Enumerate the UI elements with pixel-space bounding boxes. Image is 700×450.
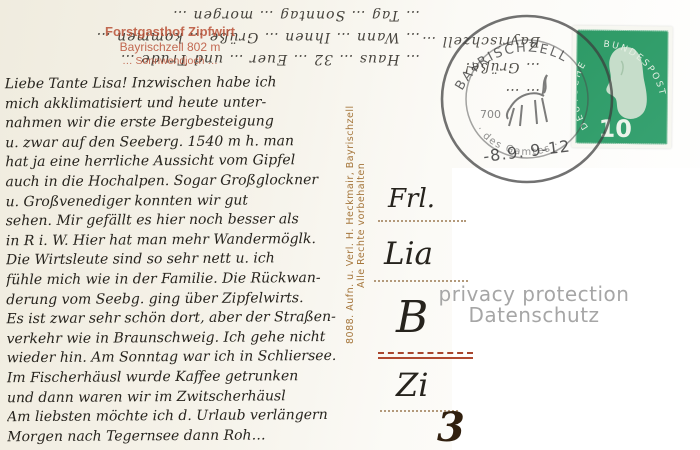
handwritten-message: Liebe Tante Lisa! Inzwischen habe ich mi… <box>5 73 360 448</box>
privacy-watermark-line1: privacy protection <box>418 284 650 305</box>
address-street-partial: Zi <box>396 366 428 404</box>
message-line: fühle mich wie in der Familie. Die Rückw… <box>6 269 358 291</box>
privacy-watermark-line2: Datenschutz <box>418 305 650 326</box>
address-salutation: Frl. <box>388 184 435 214</box>
rights-reserved-text: Alle Rechte vorbehalten <box>356 162 367 287</box>
message-line: und dann waren wir im Zwitscherhäusl <box>7 386 359 408</box>
caption-place: Bayrischzell 802 m <box>70 40 270 55</box>
chamois-icon <box>507 75 547 126</box>
address-line-rule-3-dashed <box>378 352 473 354</box>
caption-title: Forstgasthof Zipfwirt <box>70 24 270 40</box>
message-line: Am liebsten möchte ich d. Urlaub verläng… <box>7 406 359 428</box>
caption-subline: … Sonnwendjoch … <box>70 55 270 68</box>
message-line: Es ist zwar sehr schön dort, aber der St… <box>6 308 358 330</box>
publisher-imprint-text: 8088. Aufn. u. Verl. H. Heckmair, Bayris… <box>345 106 356 345</box>
message-line: verkehr wie in Braunschweig. Ich gehe ni… <box>6 327 358 349</box>
postcard-scan: … Haus … 32 … Euer … und Trude … … Wann … <box>0 0 700 450</box>
message-line: wieder hin. Am Sonntag war ich in Schlie… <box>7 347 359 369</box>
address-line-rule-1 <box>378 220 466 222</box>
message-line: Die Wirtsleute sind so sehr nett u. ich <box>6 249 358 271</box>
message-line: Liebe Tante Lisa! Inzwischen habe ich <box>5 73 357 95</box>
message-line: derung vom Seebg. ging über Zipfelwirts. <box>6 288 358 310</box>
postmark: BAYRISCHZELL · des Gamtes · 700 -8.9. 9-… <box>438 12 622 188</box>
message-line: mich akklimatisiert und heute unter- <box>5 92 357 114</box>
message-line: u. Großvenediger konnten wir gut <box>6 190 358 212</box>
message-line: sehen. Mir gefällt es hier noch besser a… <box>6 210 358 232</box>
printed-caption: Forstgasthof Zipfwirt Bayrischzell 802 m… <box>70 24 270 68</box>
message-line: Im Fischerhäusl wurde Kaffee getrunken <box>7 367 359 389</box>
postal-code-mark: 3 <box>437 404 465 450</box>
address-line-rule-3-solid <box>378 357 473 359</box>
message-line: auch in die Hochalpen. Sogar Großglockne… <box>5 171 357 193</box>
message-line: nahmen wir die erste Bergbesteigung <box>5 112 357 134</box>
address-name-partial: Lia <box>384 236 433 272</box>
message-line: in R i. W. Hier hat man mehr Wandermöglk… <box>6 230 358 252</box>
privacy-watermark: privacy protection Datenschutz <box>418 284 650 326</box>
message-line: u. zwar auf den Seeberg. 1540 m h. man <box>5 132 357 154</box>
message-line: hat ja eine herrliche Aussicht vom Gipfe… <box>5 151 357 173</box>
message-line: Morgen nach Tegernsee dann Roh… <box>7 425 359 447</box>
postmark-town: BAYRISCHZELL <box>453 40 571 93</box>
postmark-number: 700 <box>480 108 501 121</box>
